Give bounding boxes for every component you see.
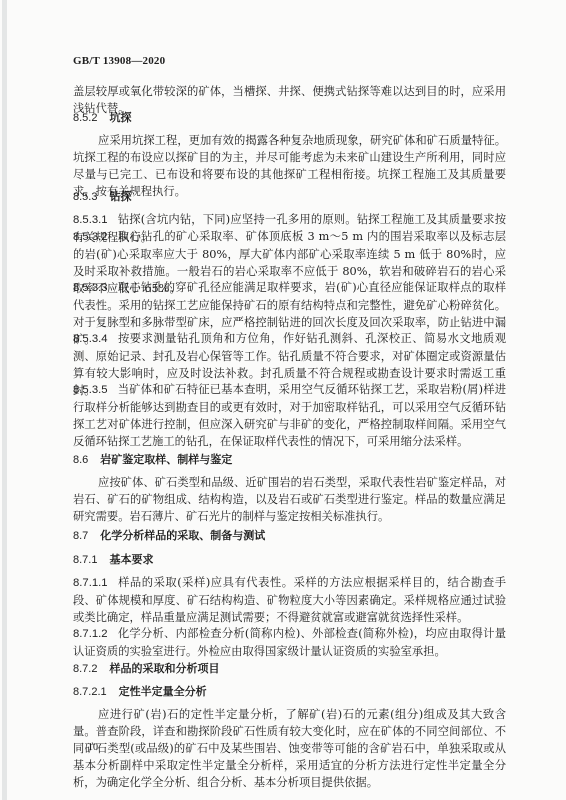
standard-number-header: GB/T 13908—2020 bbox=[73, 55, 165, 67]
heading-8-7-1: 8.7.1基本要求 bbox=[73, 551, 506, 569]
heading-title: 定性半定量全分析 bbox=[119, 685, 207, 698]
heading-title: 坑探 bbox=[109, 111, 131, 124]
clause-text: 当矿体和矿石特征已基本查明，采用空气反循环钻探工艺，采取岩粉(屑)样进行取样分析… bbox=[73, 383, 506, 448]
clause-number: 8.7.1.1 bbox=[73, 577, 108, 589]
clause-number: 8.5.3.3 bbox=[73, 282, 108, 294]
clause-number: 8.7.1.2 bbox=[73, 628, 108, 640]
clause-text: 样品的采取(采样)应具有代表性。采样的方法应根据采样目的，结合勘查手段、矿体规模… bbox=[73, 576, 506, 624]
heading-number: 8.7.2 bbox=[73, 663, 97, 675]
heading-number: 8.5.2 bbox=[73, 112, 97, 124]
clause-text: 化学分析、内部检查分析(简称内检)、外部检查(简称外检)，均应由取得计量认证资质… bbox=[73, 627, 506, 658]
heading-number: 8.5.3 bbox=[73, 191, 97, 203]
heading-title: 基本要求 bbox=[109, 553, 153, 566]
scan-edge bbox=[2, 0, 7, 800]
heading-8-7-2-1: 8.7.2.1定性半定量全分析 bbox=[73, 683, 506, 701]
clause-8-7-1-2: 8.7.1.2化学分析、内部检查分析(简称内检)、外部检查(简称外检)，均应由取… bbox=[73, 625, 506, 660]
heading-8-5-2: 8.5.2坑探 bbox=[73, 109, 506, 127]
heading-8-7: 8.7化学分析样品的采取、制备与测试 bbox=[73, 527, 506, 545]
heading-title: 化学分析样品的采取、制备与测试 bbox=[100, 529, 265, 542]
clause-number: 8.5.3.2 bbox=[73, 231, 108, 243]
heading-title: 钻探 bbox=[109, 190, 131, 203]
heading-8-6: 8.6岩矿鉴定取样、制样与鉴定 bbox=[73, 451, 506, 469]
clause-number: 8.5.3.1 bbox=[73, 214, 108, 226]
heading-8-5-3: 8.5.3钻探 bbox=[73, 188, 506, 206]
paragraph-8-6: 应按矿体、矿石类型和品级、近矿围岩的岩石类型，采取代表性岩矿鉴定样品，对岩石、矿… bbox=[73, 474, 506, 525]
clause-number: 8.5.3.4 bbox=[73, 333, 108, 345]
page-number: 10 bbox=[88, 742, 98, 753]
paragraph-8-7-2-1: 应进行矿(岩)石的定性半定量分析，了解矿(岩)石的元素(组分)组成及其大致含量。… bbox=[73, 706, 506, 791]
heading-title: 岩矿鉴定取样、制样与鉴定 bbox=[100, 453, 232, 466]
heading-number: 8.7.2.1 bbox=[73, 686, 107, 698]
clause-number: 8.5.3.5 bbox=[73, 384, 108, 396]
heading-title: 样品的采取和分析项目 bbox=[109, 662, 219, 675]
clause-8-7-1-1: 8.7.1.1样品的采取(采样)应具有代表性。采样的方法应根据采样目的，结合勘查… bbox=[73, 574, 506, 626]
heading-number: 8.7 bbox=[73, 530, 88, 542]
heading-8-7-2: 8.7.2样品的采取和分析项目 bbox=[73, 660, 506, 678]
heading-number: 8.6 bbox=[73, 454, 88, 466]
heading-number: 8.7.1 bbox=[73, 554, 97, 566]
clause-8-5-3-5: 8.5.3.5当矿体和矿石特征已基本查明，采用空气反循环钻探工艺，采取岩粉(屑)… bbox=[73, 381, 506, 450]
